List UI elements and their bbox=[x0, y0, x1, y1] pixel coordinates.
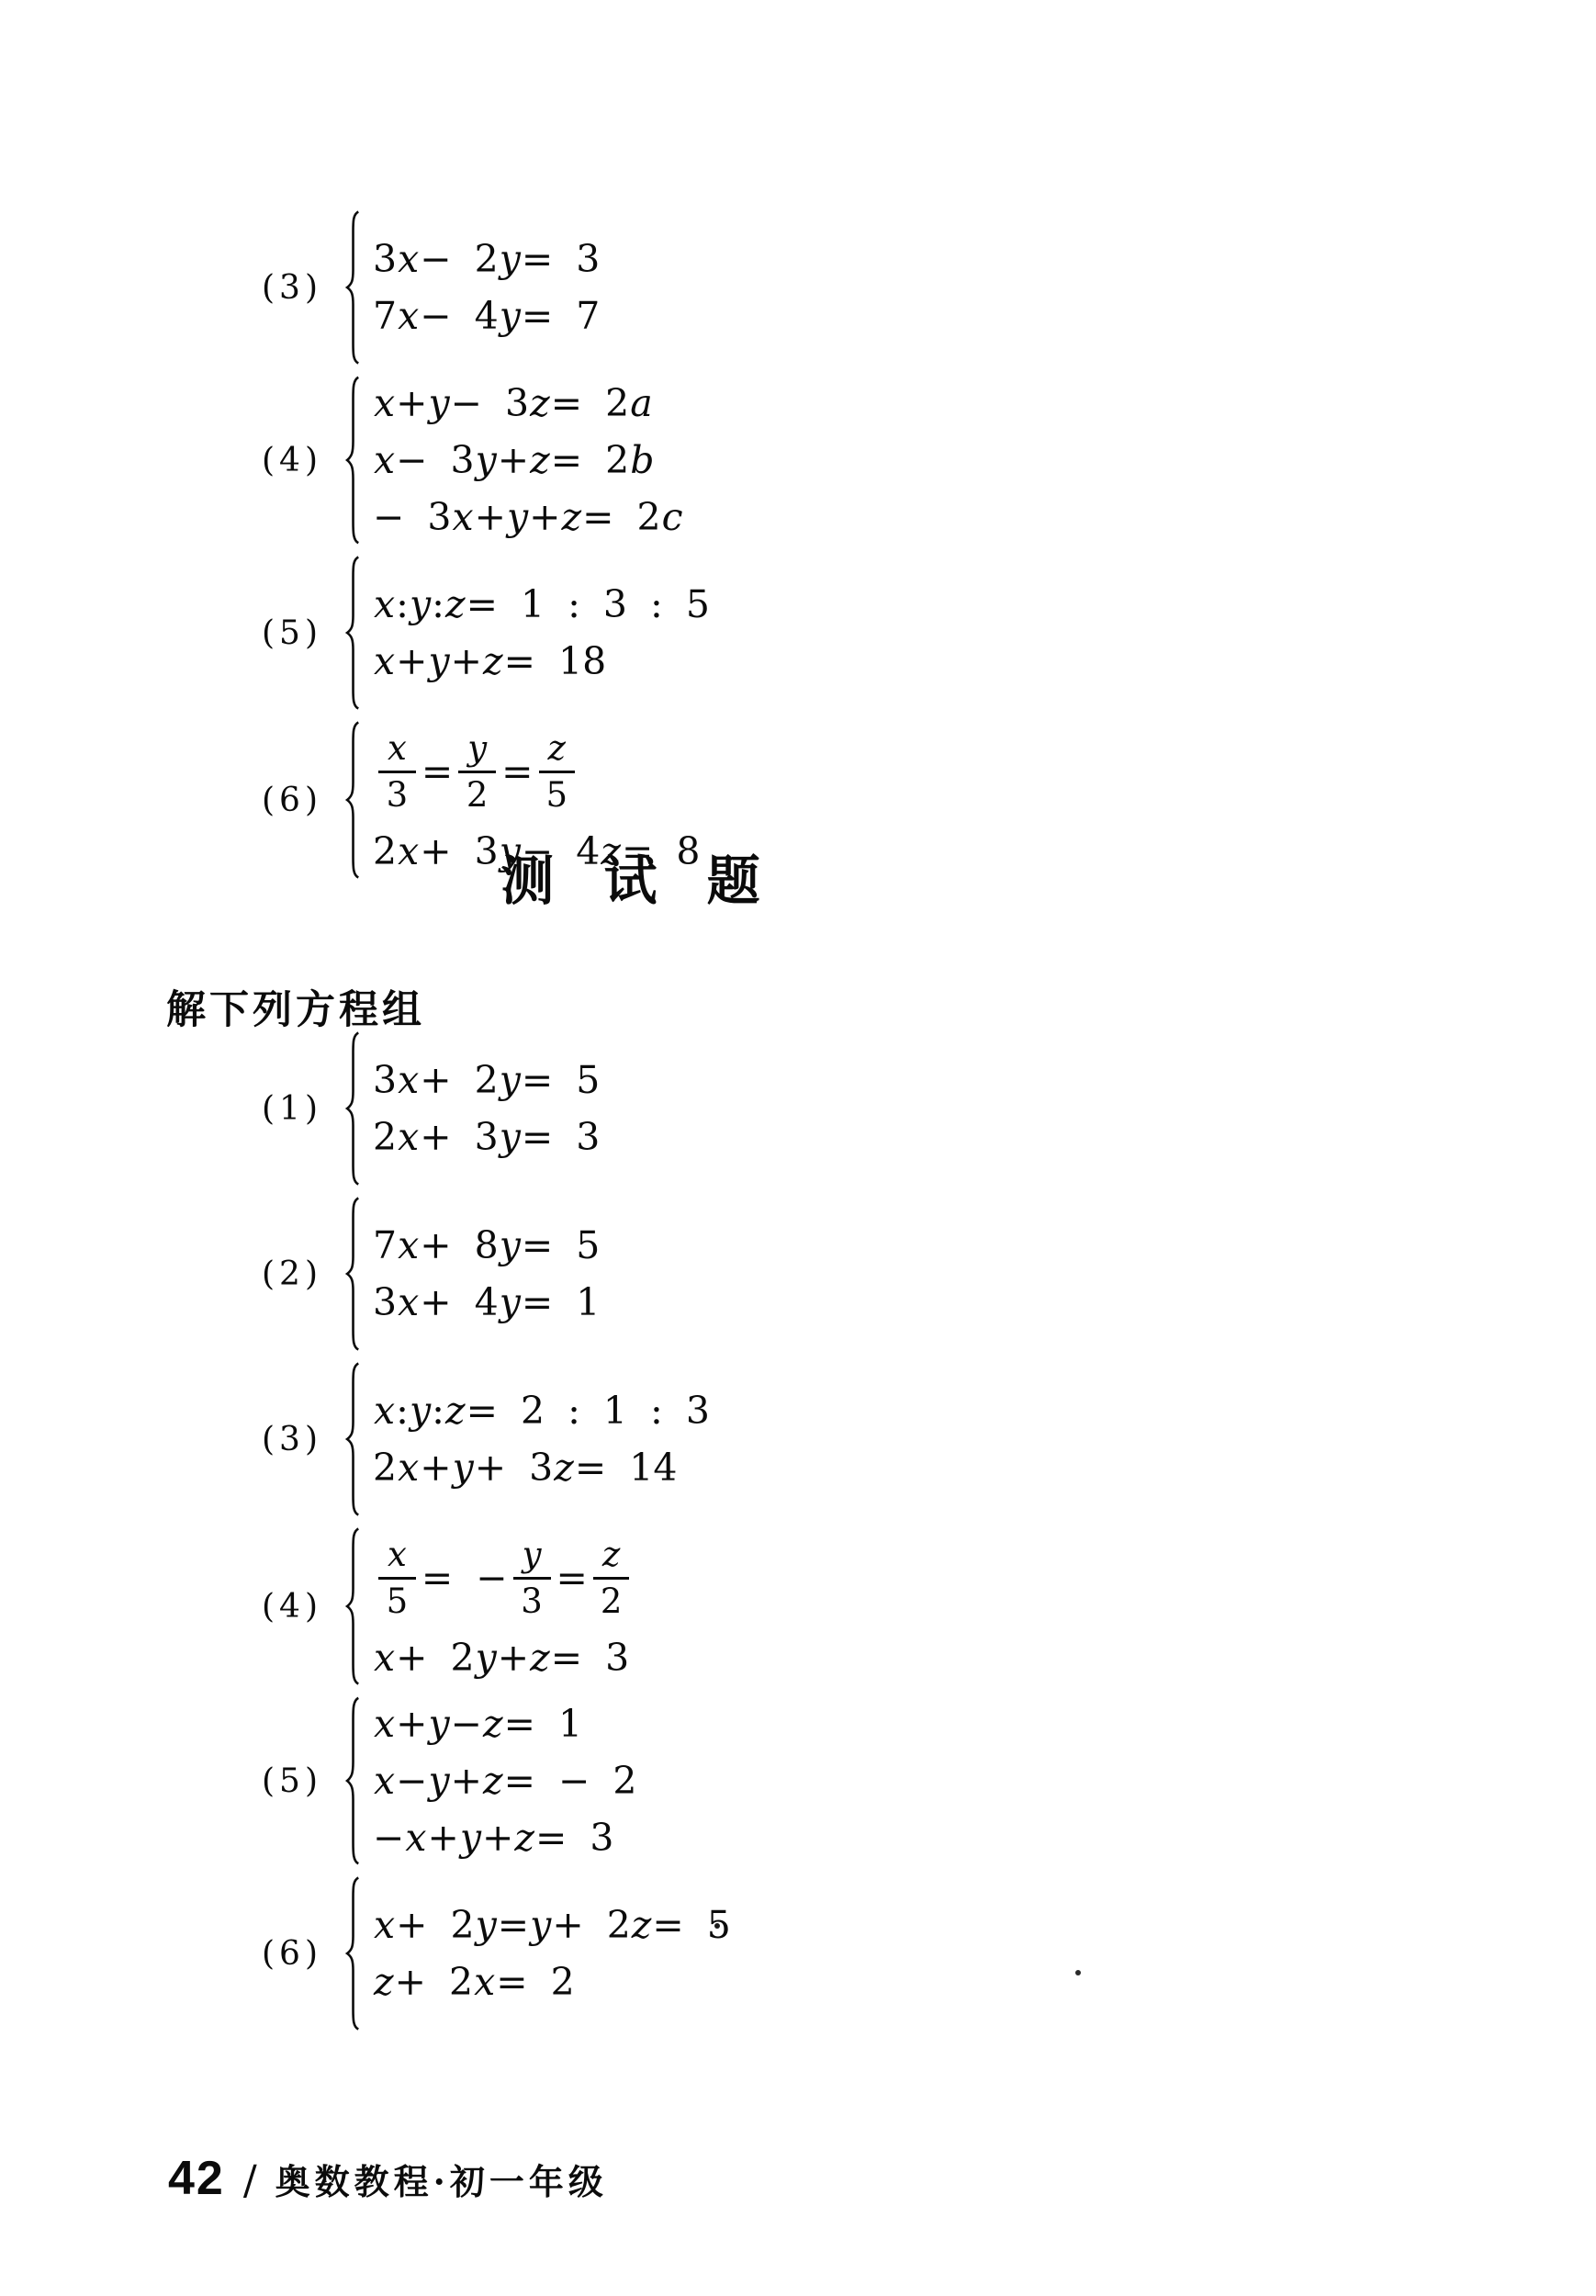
equation: 7x − 4y = 7 bbox=[373, 287, 600, 344]
equations: x : y : z = 1 : 3 : 5x + y + z = 18 bbox=[373, 555, 710, 711]
fraction-denominator: 3 bbox=[521, 1580, 543, 1620]
test-exercise-list: (1)3x + 2y = 52x + 3y = 3(2)7x + 8y = 53… bbox=[262, 1030, 731, 2041]
fraction: z5 bbox=[539, 729, 576, 814]
scan-speck bbox=[1075, 1970, 1081, 1975]
scan-speck bbox=[714, 1923, 720, 1929]
equation: z + 2x = 2 bbox=[373, 1953, 731, 2010]
item-label: (3) bbox=[262, 1421, 344, 1458]
equation-system: (5)x : y : z = 1 : 3 : 5x + y + z = 18 bbox=[262, 555, 710, 711]
equation-system: (2)7x + 8y = 53x + 4y = 1 bbox=[262, 1196, 731, 1352]
equations: x + y − z = 1x − y + z = − 2− x + y + z … bbox=[373, 1695, 636, 1866]
equation: x3 = y2 = z5 bbox=[373, 720, 700, 823]
page-footer: 42 / 奥数教程·初一年级 bbox=[168, 2151, 608, 2206]
equations: 3x + 2y = 52x + 3y = 3 bbox=[373, 1030, 600, 1187]
equations: 3x − 2y = 37x − 4y = 7 bbox=[373, 209, 600, 366]
equation: x − 3y + z = 2b bbox=[373, 432, 684, 489]
equation: 7x + 8y = 5 bbox=[373, 1217, 600, 1274]
equation-system: (4)x5 = − y3 = z2x + 2y + z = 3 bbox=[262, 1526, 731, 1686]
fraction: z2 bbox=[593, 1536, 630, 1620]
fraction-numerator: x bbox=[378, 729, 416, 772]
equations: x + y − 3z = 2ax − 3y + z = 2b− 3x + y +… bbox=[373, 375, 684, 546]
left-brace-icon bbox=[344, 555, 360, 711]
equation: 2x + 3y = 3 bbox=[373, 1109, 600, 1165]
item-label: (5) bbox=[262, 614, 344, 652]
equation: x5 = − y3 = z2 bbox=[373, 1526, 635, 1629]
equation: 2x + y + 3z = 14 bbox=[373, 1439, 710, 1496]
fraction-denominator: 3 bbox=[387, 773, 409, 814]
item-label: (6) bbox=[262, 782, 344, 819]
equation-system: (3)3x − 2y = 37x − 4y = 7 bbox=[262, 209, 710, 366]
left-brace-icon bbox=[344, 1695, 360, 1866]
instruction-heading: 解下列方程组 bbox=[166, 979, 425, 1035]
equation: x : y : z = 1 : 3 : 5 bbox=[373, 576, 710, 633]
section-title: 测 试 题 bbox=[124, 838, 1139, 915]
equation: x − y + z = − 2 bbox=[373, 1752, 636, 1809]
book-title: 奥数教程·初一年级 bbox=[275, 2154, 608, 2204]
left-brace-icon bbox=[344, 375, 360, 546]
left-brace-icon bbox=[344, 1526, 360, 1686]
equation: x : y : z = 2 : 1 : 3 bbox=[373, 1382, 710, 1439]
equation-system: (6)x + 2y = y + 2z = 5z + 2x = 2 bbox=[262, 1875, 731, 2032]
item-label: (6) bbox=[262, 1935, 344, 1973]
fraction-numerator: y bbox=[458, 729, 496, 772]
item-label: (4) bbox=[262, 1588, 344, 1626]
equations: x : y : z = 2 : 1 : 32x + y + 3z = 14 bbox=[373, 1361, 710, 1517]
left-brace-icon bbox=[344, 1875, 360, 2032]
equation: 3x + 4y = 1 bbox=[373, 1274, 600, 1331]
item-label: (3) bbox=[262, 269, 344, 307]
fraction-numerator: x bbox=[378, 1536, 416, 1579]
fraction-denominator: 2 bbox=[601, 1580, 623, 1620]
left-brace-icon bbox=[344, 209, 360, 366]
item-label: (1) bbox=[262, 1090, 344, 1128]
fraction-numerator: z bbox=[593, 1536, 630, 1579]
item-label: (2) bbox=[262, 1255, 344, 1293]
equation-system: (4)x + y − 3z = 2ax − 3y + z = 2b− 3x + … bbox=[262, 375, 710, 546]
equation: x + y − 3z = 2a bbox=[373, 375, 684, 432]
equation: 3x − 2y = 3 bbox=[373, 231, 600, 287]
fraction: x3 bbox=[378, 729, 416, 814]
equations: 7x + 8y = 53x + 4y = 1 bbox=[373, 1196, 600, 1352]
fraction-denominator: 2 bbox=[466, 773, 489, 814]
equation: x + y + z = 18 bbox=[373, 633, 710, 690]
equation: − 3x + y + z = 2c bbox=[373, 489, 684, 546]
equation: x + 2y = y + 2z = 5 bbox=[373, 1896, 731, 1953]
fraction-denominator: 5 bbox=[387, 1580, 409, 1620]
exercise-list-continued: (3)3x − 2y = 37x − 4y = 7(4)x + y − 3z =… bbox=[262, 209, 710, 889]
item-label: (5) bbox=[262, 1762, 344, 1800]
left-brace-icon bbox=[344, 1030, 360, 1187]
fraction-numerator: z bbox=[539, 729, 576, 772]
equations: x + 2y = y + 2z = 5z + 2x = 2 bbox=[373, 1875, 731, 2032]
fraction-denominator: 5 bbox=[545, 773, 568, 814]
footer-separator: / bbox=[243, 2157, 257, 2204]
equation-system: (1)3x + 2y = 52x + 3y = 3 bbox=[262, 1030, 731, 1187]
equation: x + y − z = 1 bbox=[373, 1695, 636, 1752]
left-brace-icon bbox=[344, 1361, 360, 1517]
equation: − x + y + z = 3 bbox=[373, 1809, 636, 1866]
fraction-numerator: y bbox=[513, 1536, 551, 1579]
fraction: y3 bbox=[513, 1536, 551, 1620]
equations: x5 = − y3 = z2x + 2y + z = 3 bbox=[373, 1526, 635, 1686]
scanned-book-page: (3)3x − 2y = 37x − 4y = 7(4)x + y − 3z =… bbox=[0, 0, 1596, 2296]
equation-system: (5)x + y − z = 1x − y + z = − 2− x + y +… bbox=[262, 1695, 731, 1866]
item-label: (4) bbox=[262, 442, 344, 479]
equation-system: (3)x : y : z = 2 : 1 : 32x + y + 3z = 14 bbox=[262, 1361, 731, 1517]
page-number: 42 bbox=[168, 2151, 225, 2206]
equation: x + 2y + z = 3 bbox=[373, 1629, 635, 1686]
fraction: y2 bbox=[458, 729, 496, 814]
fraction: x5 bbox=[378, 1536, 416, 1620]
equation: 3x + 2y = 5 bbox=[373, 1052, 600, 1109]
left-brace-icon bbox=[344, 1196, 360, 1352]
